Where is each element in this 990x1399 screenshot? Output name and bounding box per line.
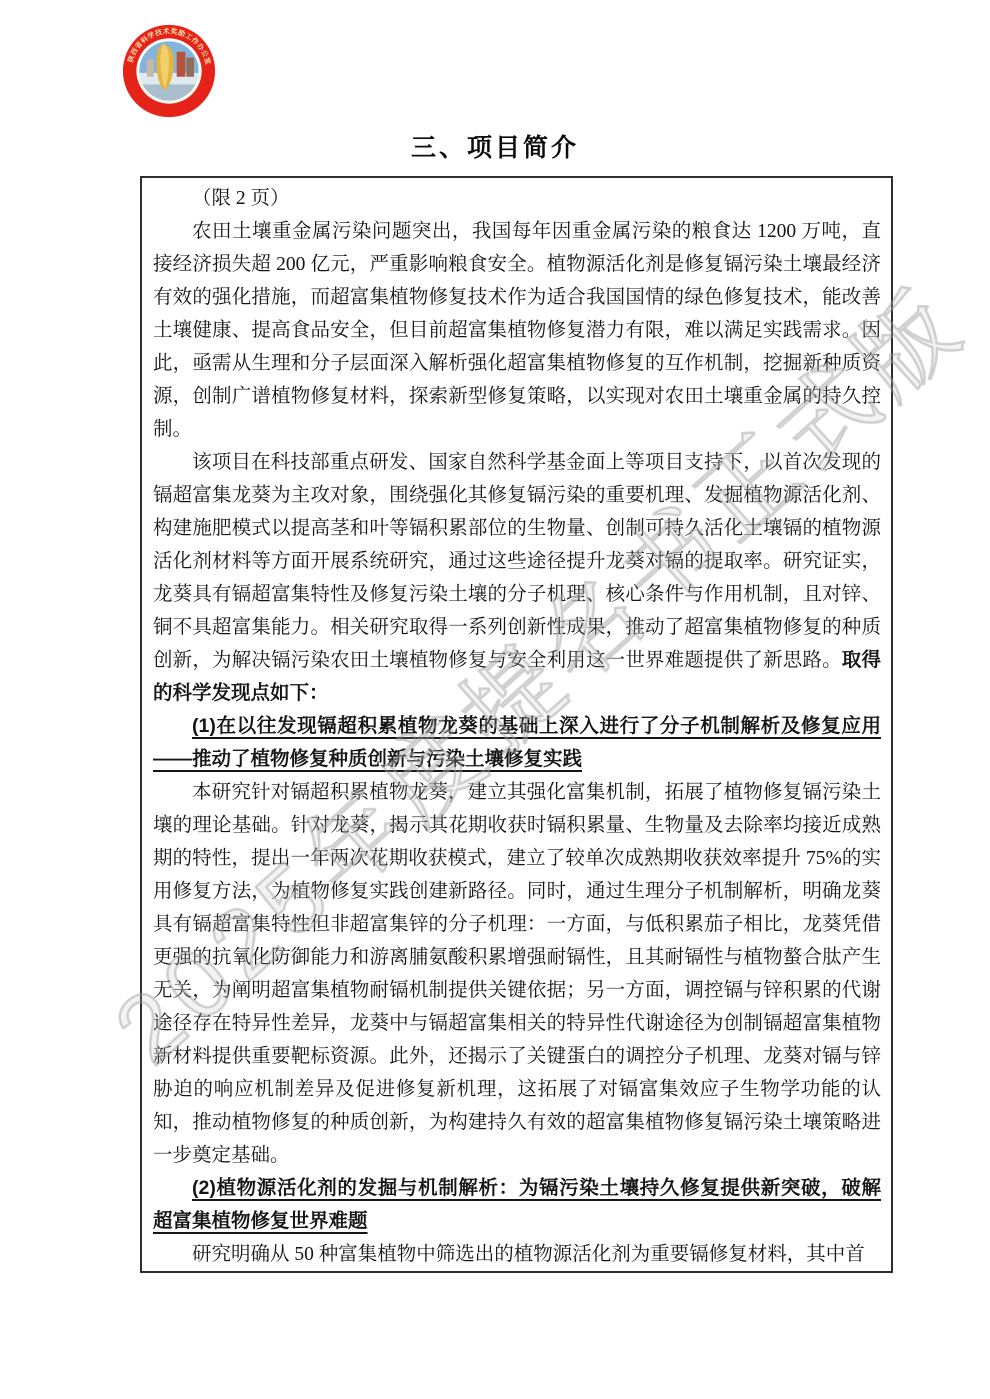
section-heading-line: (1)在以往发现镉超积累植物龙葵的基础上深入进行了分子机制解析及修复应用 xyxy=(153,710,881,743)
paragraph: 本研究针对镉超积累植物龙葵，建立其强化富集机制，拓展了植物修复镉污染土壤的理论基… xyxy=(153,776,881,1172)
page-title: 三、项目简介 xyxy=(0,128,990,164)
paragraph: 研究明确从 50 种富集植物中筛选出的植物源活化剂为重要镉修复材料，其中首 xyxy=(153,1238,881,1271)
document-content: 农田土壤重金属污染问题突出，我国每年因重金属污染的粮食达 1200 万吨，直接经… xyxy=(153,215,881,1271)
page-limit-note: （限 2 页） xyxy=(153,182,881,215)
text-run: 该项目在科技部重点研发、国家自然科学基金面上等项目支持下，以首次发现的镉超富集龙… xyxy=(153,452,881,671)
text-run: 研究明确从 50 种富集植物中筛选出的植物源活化剂为重要镉修复材料，其中首 xyxy=(192,1244,865,1265)
section-heading-line: 超富集植物修复世界难题 xyxy=(153,1205,881,1238)
award-office-seal: 陕西省科学技术奖励工作办公室 Shaanxi Province Office O… xyxy=(121,23,217,119)
section-heading-line: (2)植物源活化剂的发掘与机制解析：为镉污染土壤持久修复提供新突破，破解 xyxy=(153,1172,881,1205)
seal-graphic: 陕西省科学技术奖励工作办公室 Shaanxi Province Office O… xyxy=(121,23,217,119)
section-heading-line: ——推动了植物修复种质创新与污染土壤修复实践 xyxy=(153,743,881,776)
project-summary-box: （限 2 页） 农田土壤重金属污染问题突出，我国每年因重金属污染的粮食达 120… xyxy=(140,176,893,1273)
paragraph: 农田土壤重金属污染问题突出，我国每年因重金属污染的粮食达 1200 万吨，直接经… xyxy=(153,215,881,446)
text-run: 本研究针对镉超积累植物龙葵，建立其强化富集机制，拓展了植物修复镉污染土壤的理论基… xyxy=(153,782,881,1166)
paragraph: 该项目在科技部重点研发、国家自然科学基金面上等项目支持下，以首次发现的镉超富集龙… xyxy=(153,446,881,710)
text-run: 农田土壤重金属污染问题突出，我国每年因重金属污染的粮食达 1200 万吨，直接经… xyxy=(153,221,881,440)
